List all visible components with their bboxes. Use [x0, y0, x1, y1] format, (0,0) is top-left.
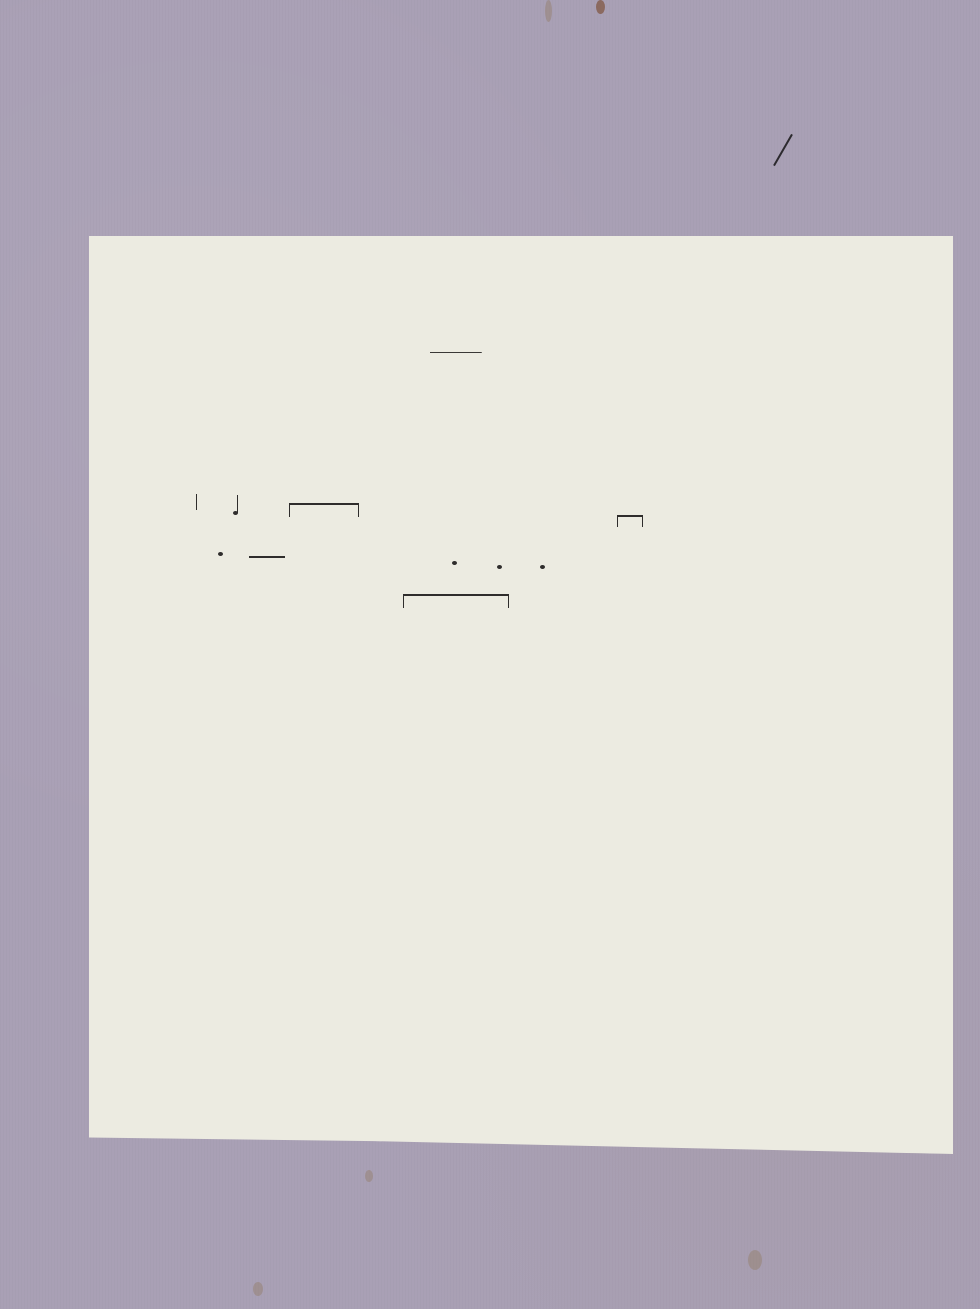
archive-slash	[773, 134, 793, 166]
stain-mark	[596, 0, 605, 14]
archive-mount-board	[0, 0, 980, 1309]
stain-mark	[545, 0, 552, 22]
stain-mark	[748, 1250, 762, 1270]
stain-mark	[253, 1282, 263, 1296]
stain-mark	[365, 1170, 373, 1182]
manuscript-sheet	[89, 236, 953, 1154]
section-a-underline	[430, 352, 482, 353]
